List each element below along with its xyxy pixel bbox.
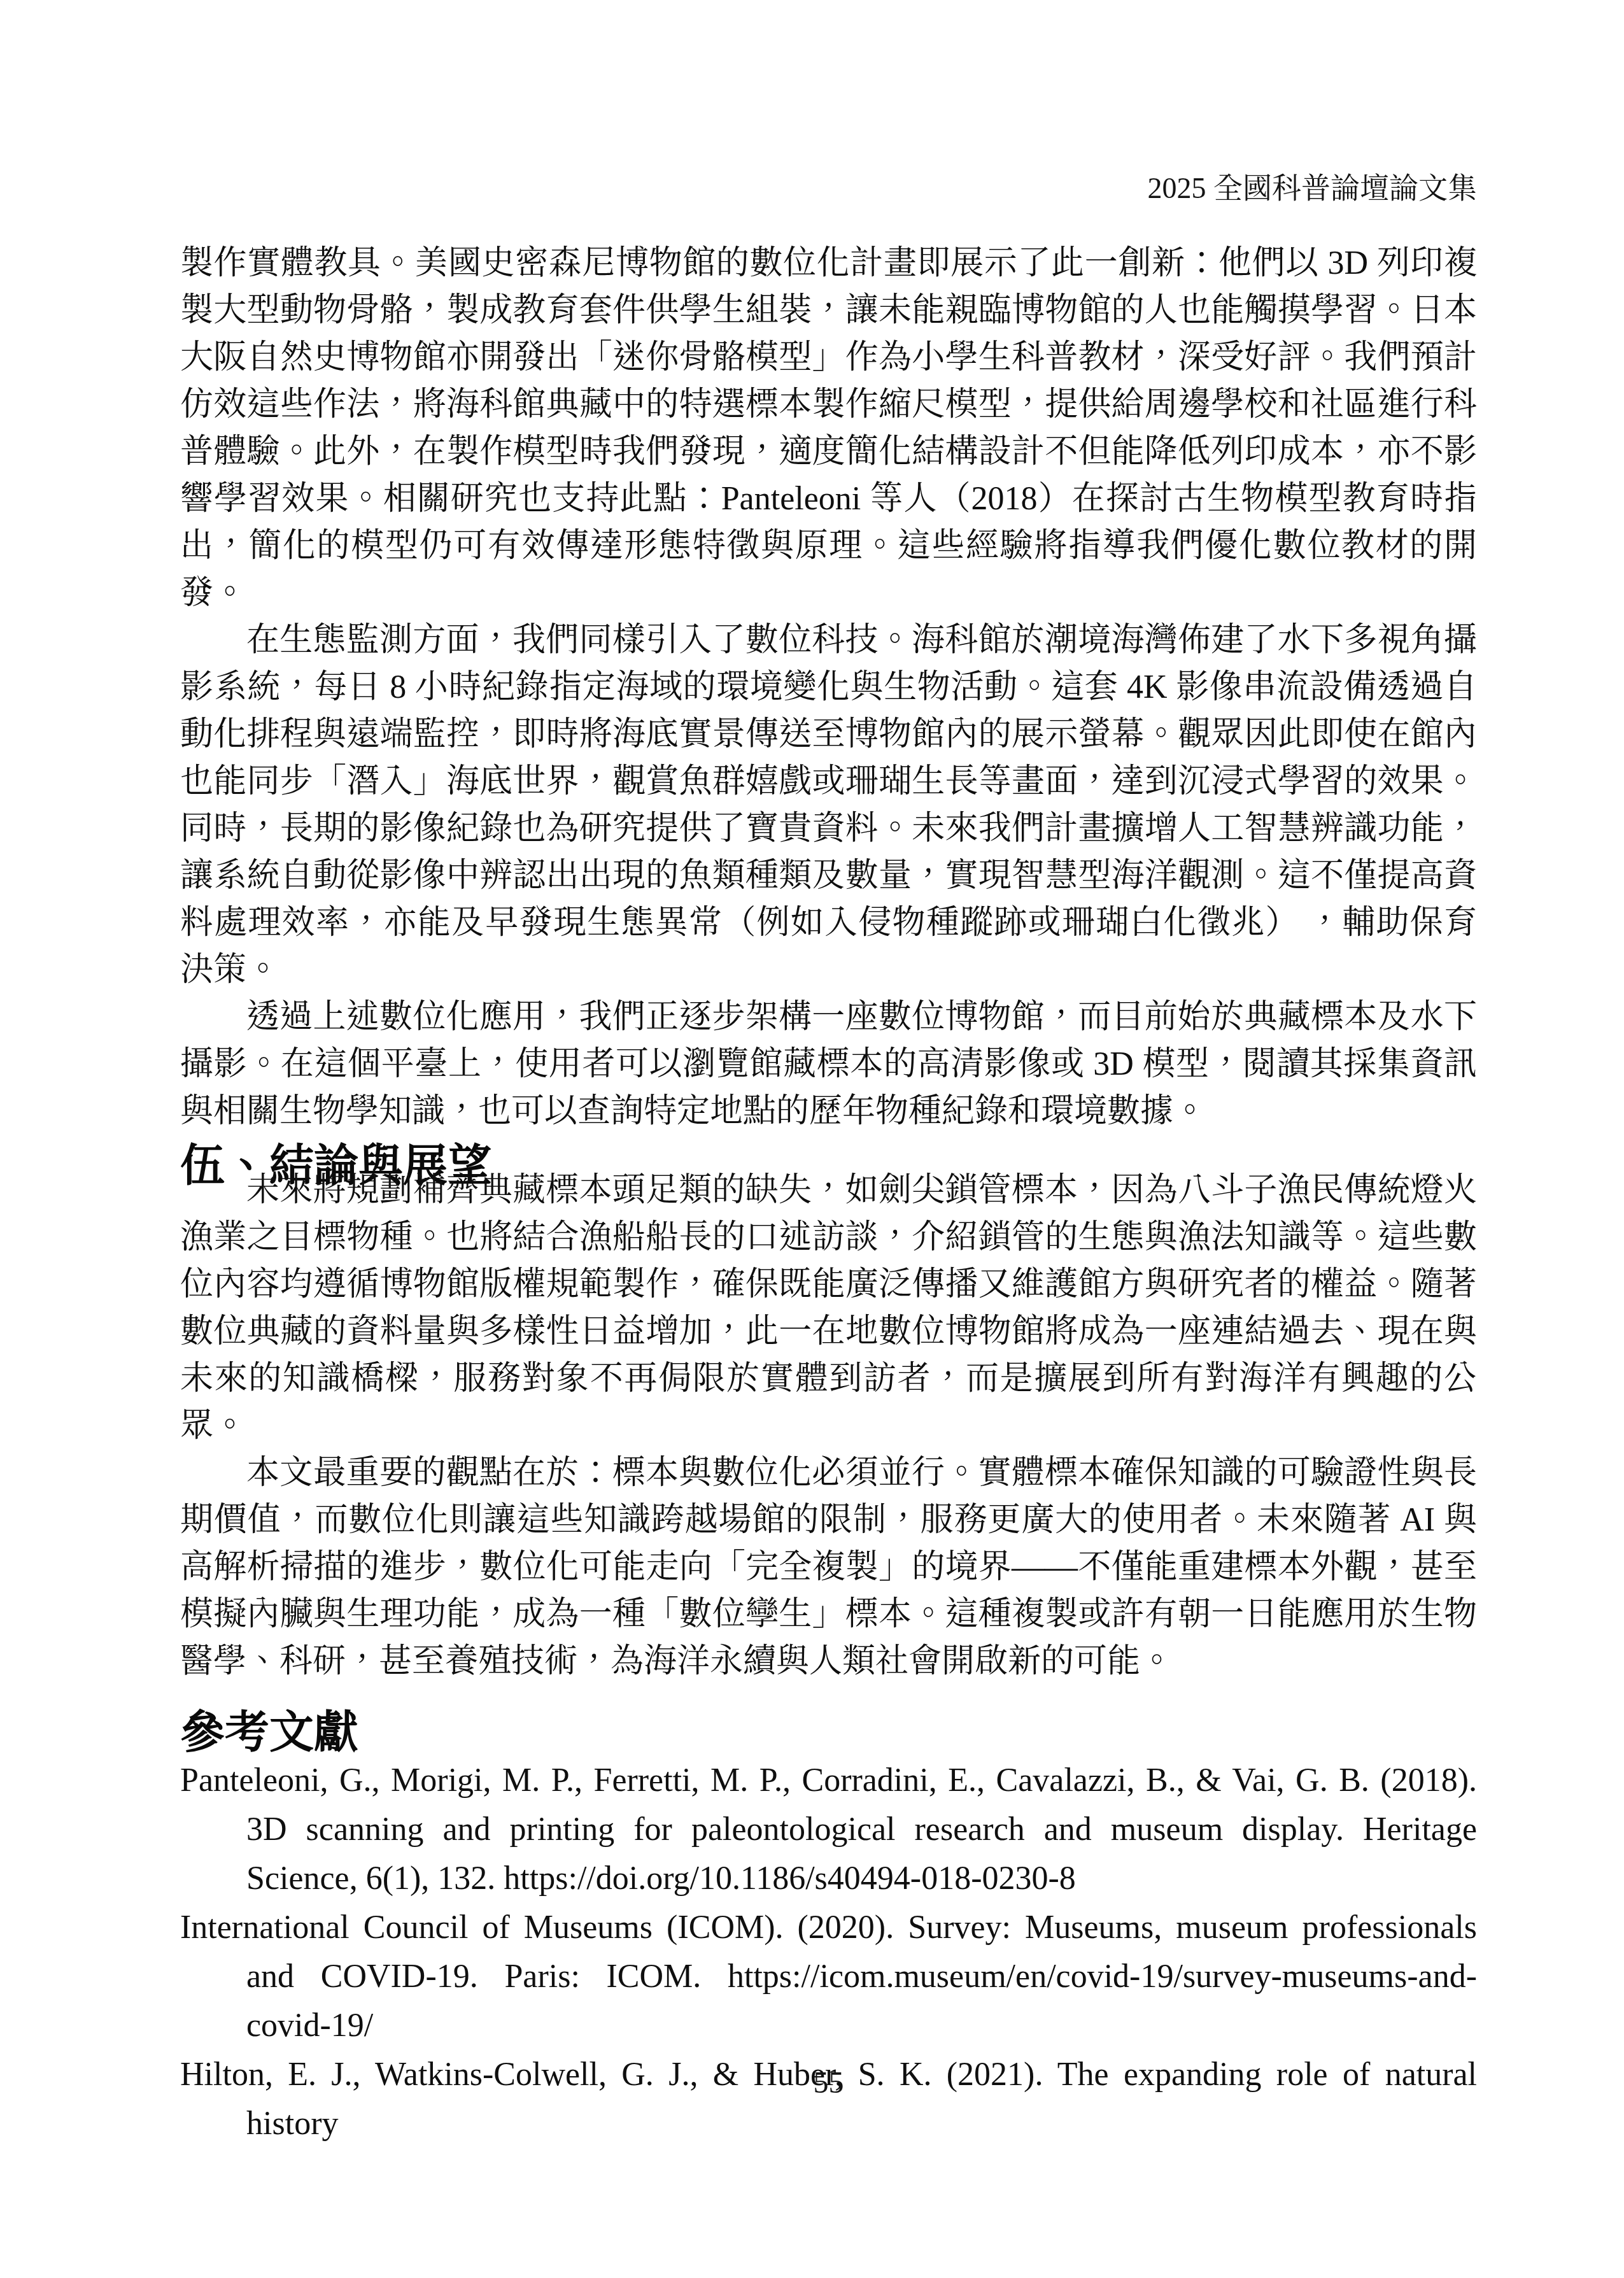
section-heading-references: 參考文獻 (180, 1708, 1477, 1759)
running-header-title: 2025 全國科普論壇論文集 (180, 171, 1477, 206)
paragraph-digital-museum-platform: 透過上述數位化應用，我們正逐步架構一座數位博物館，而目前始於典藏標本及水下攝影。… (180, 994, 1477, 1135)
paragraph-continuation: 製作實體教具。美國史密森尼博物館的數位化計畫即展示了此一創新：他們以 3D 列印… (180, 240, 1477, 617)
body-text-block-2: 未來將規劃補齊典藏標本頭足類的缺失，如劍尖鎖管標本，因為八斗子漁民傳統燈火漁業之… (180, 1167, 1477, 1685)
paragraph-main-viewpoint: 本文最重要的觀點在於：標本與數位化必須並行。實體標本確保知識的可驗證性與長期價值… (180, 1450, 1477, 1685)
reference-entry-icom: International Council of Museums (ICOM).… (180, 1903, 1477, 2050)
page-number: 55 (180, 2065, 1477, 2102)
document-page: 2025 全國科普論壇論文集 製作實體教具。美國史密森尼博物館的數位化計畫即展示… (0, 0, 1624, 2278)
body-text-block-1: 製作實體教具。美國史密森尼博物館的數位化計畫即展示了此一創新：他們以 3D 列印… (180, 240, 1477, 1135)
paragraph-future-plans: 未來將規劃補齊典藏標本頭足類的缺失，如劍尖鎖管標本，因為八斗子漁民傳統燈火漁業之… (180, 1167, 1477, 1450)
paragraph-ecological-monitoring: 在生態監測方面，我們同樣引入了數位科技。海科館於潮境海灣佈建了水下多視角攝影系統… (180, 617, 1477, 994)
reference-entry-panteleoni: Panteleoni, G., Morigi, M. P., Ferretti,… (180, 1756, 1477, 1903)
